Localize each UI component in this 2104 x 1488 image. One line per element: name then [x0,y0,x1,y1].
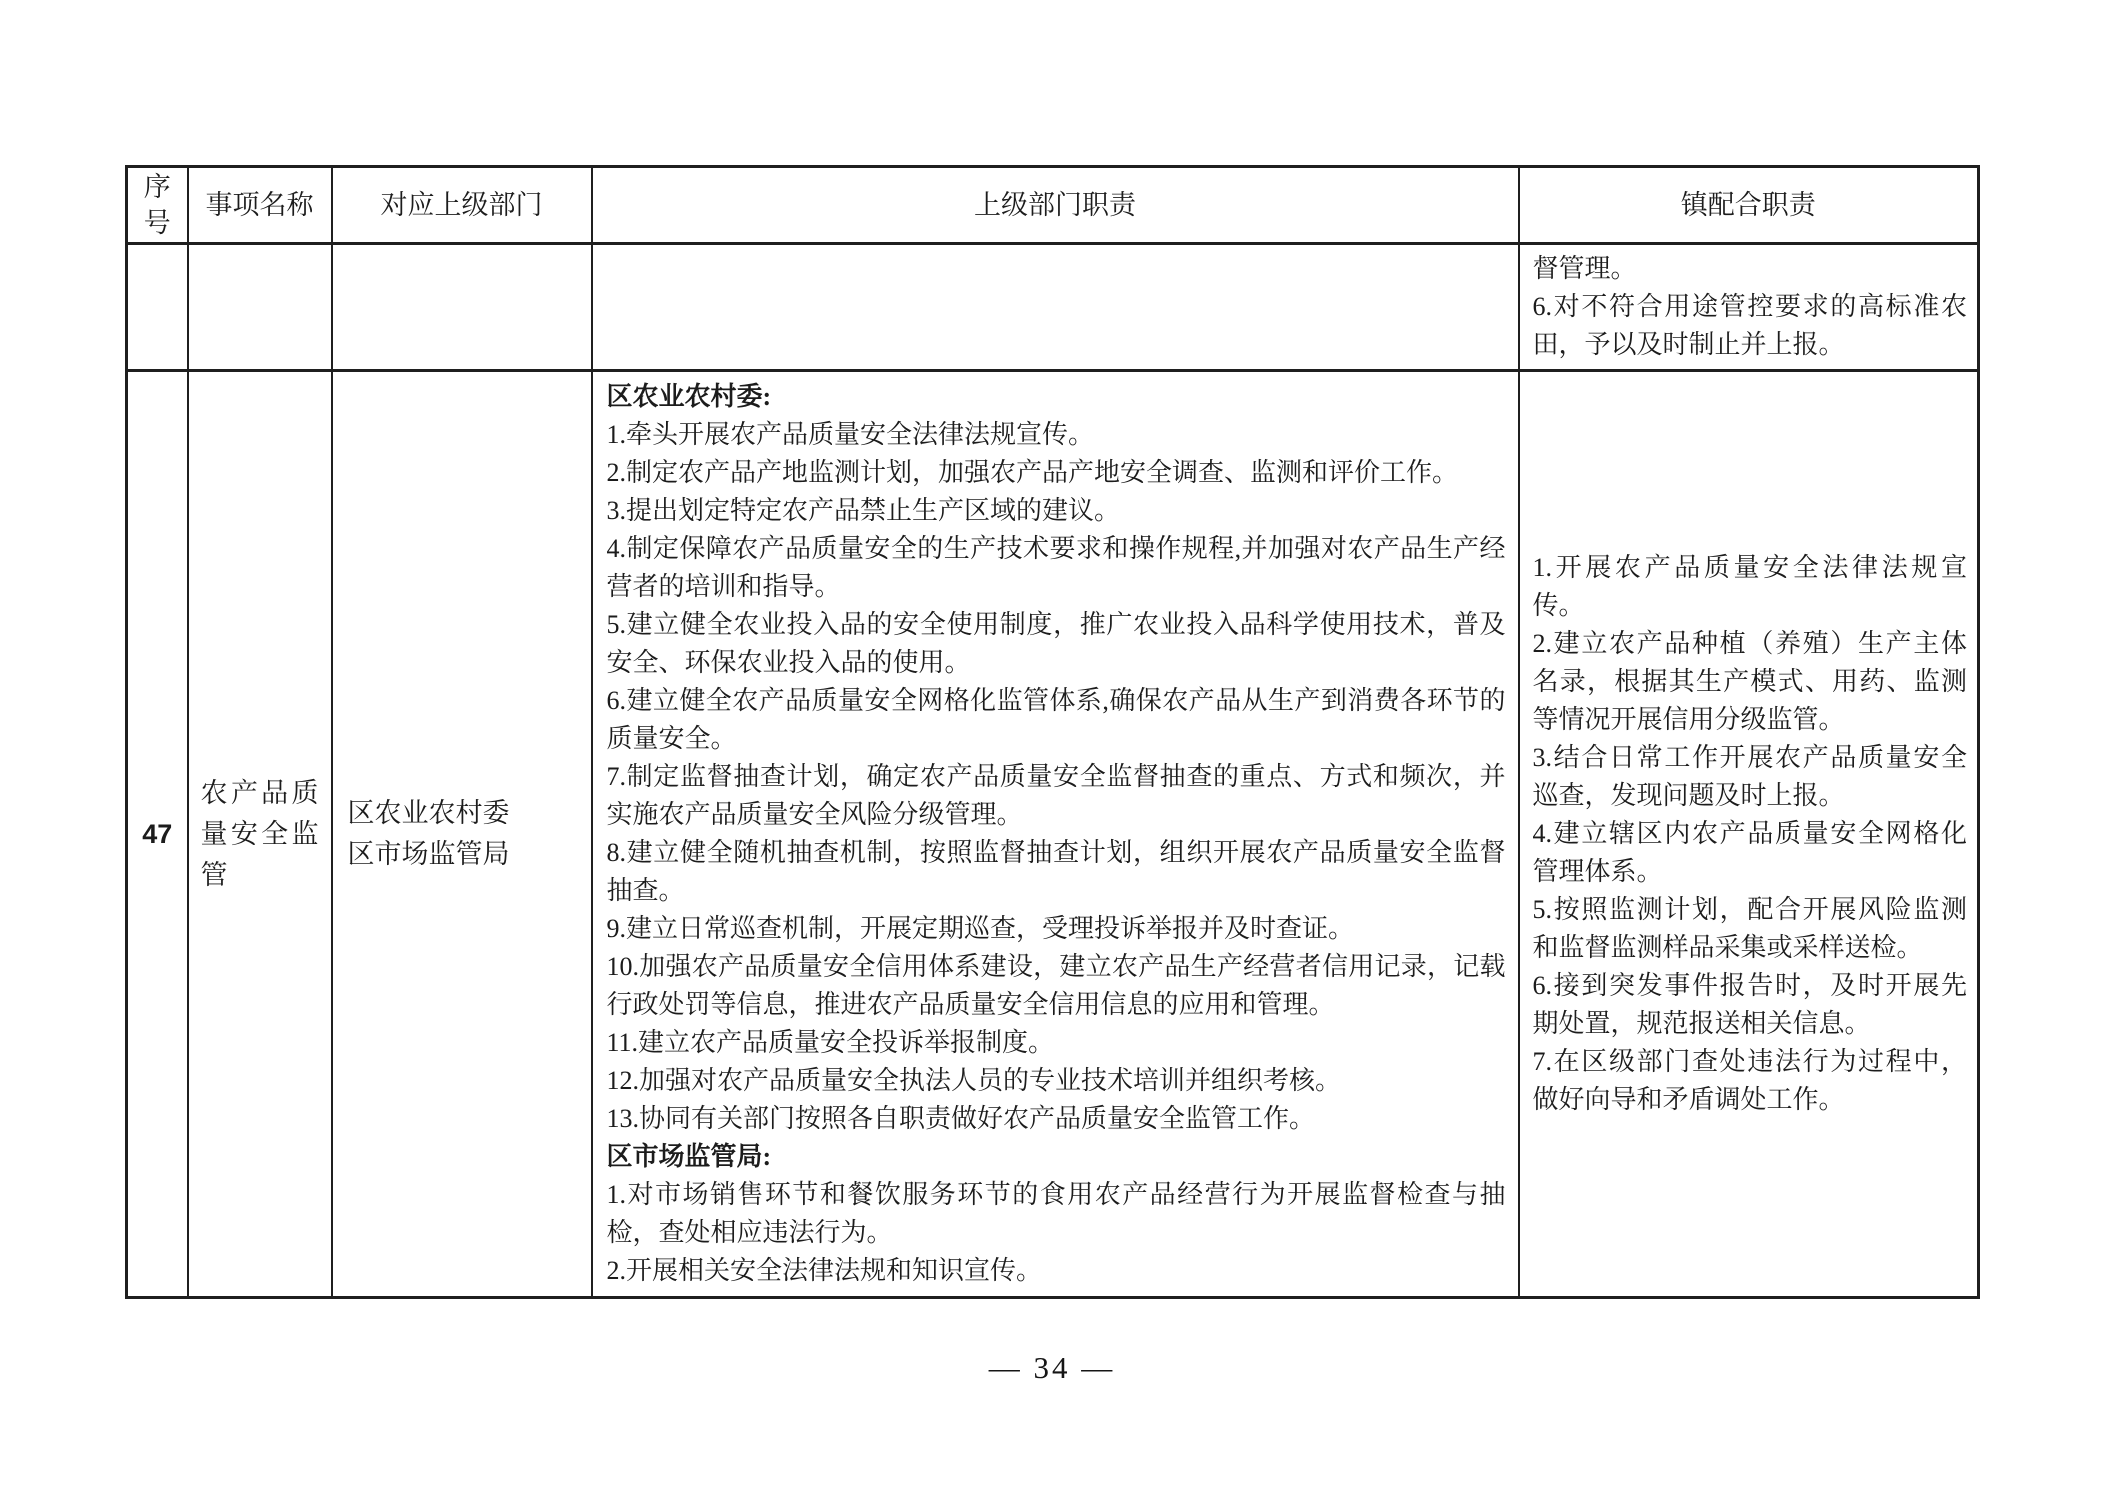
carryover-superior-duties-cell-empty [592,244,1519,371]
town-duty-line: 督管理。 [1533,250,1968,288]
duty-section-heading: 区市场监管局: [607,1138,1506,1176]
duty-item: 8.建立健全随机抽查机制，按照监督抽查计划，组织开展农产品质量安全监督抽查。 [607,834,1506,910]
duties-table: 序号 事项名称 对应上级部门 上级部门职责 镇配合职责 督管理。 6.对不符合用… [125,165,1980,1299]
document-page: 序号 事项名称 对应上级部门 上级部门职责 镇配合职责 督管理。 6.对不符合用… [0,0,2104,1488]
duty-item: 1.牵头开展农产品质量安全法律法规宣传。 [607,416,1506,454]
duty-item: 2.制定农产品产地监测计划，加强农产品产地安全调查、监测和评价工作。 [607,454,1506,492]
carryover-serial-cell-empty [127,244,188,371]
header-superior-duties: 上级部门职责 [592,167,1519,244]
town-duty-item: 6.接到突发事件报告时，及时开展先期处置，规范报送相关信息。 [1533,967,1968,1043]
duty-item: 6.建立健全农产品质量安全网格化监管体系,确保农产品从生产到消费各环节的质量安全… [607,682,1506,758]
superior-departments-cell: 区农业农村委 区市场监管局 [332,371,592,1298]
carryover-department-cell-empty [332,244,592,371]
carryover-item-name-cell-empty [188,244,332,371]
superior-duties-cell: 区农业农村委: 1.牵头开展农产品质量安全法律法规宣传。 2.制定农产品产地监测… [592,371,1519,1298]
serial-number: 47 [127,371,188,1298]
town-duty-item: 4.建立辖区内农产品质量安全网格化管理体系。 [1533,815,1968,891]
duty-item: 9.建立日常巡查机制，开展定期巡查，受理投诉举报并及时查证。 [607,910,1506,948]
header-item-name: 事项名称 [188,167,332,244]
duty-item: 13.协同有关部门按照各自职责做好农产品质量安全监管工作。 [607,1100,1506,1138]
duty-item: 4.制定保障农产品质量安全的生产技术要求和操作规程,并加强对农产品生产经营者的培… [607,530,1506,606]
carryover-row: 督管理。 6.对不符合用途管控要求的高标准农田，予以及时制止并上报。 [127,244,1979,371]
town-duty-item: 2.建立农产品种植（养殖）生产主体名录，根据其生产模式、用药、监测等情况开展信用… [1533,625,1968,739]
header-serial: 序号 [127,167,188,244]
town-duties-cell: 1.开展农产品质量安全法律法规宣传。 2.建立农产品种植（养殖）生产主体名录，根… [1519,371,1979,1298]
item-name: 农产品质量安全监管 [201,773,319,896]
town-duty-item: 1.开展农产品质量安全法律法规宣传。 [1533,549,1968,625]
header-superior-department: 对应上级部门 [332,167,592,244]
town-duty-item: 5.按照监测计划，配合开展风险监测和监督监测样品采集或采样送检。 [1533,891,1968,967]
duty-section-heading: 区农业农村委: [607,378,1506,416]
department-name: 区农业农村委 [348,793,585,834]
duty-item: 7.制定监督抽查计划，确定农产品质量安全监督抽查的重点、方式和频次，并实施农产品… [607,758,1506,834]
duty-item: 10.加强农产品质量安全信用体系建设，建立农产品生产经营者信用记录，记载行政处罚… [607,948,1506,1024]
table-row-47: 47 农产品质量安全监管 区农业农村委 区市场监管局 区农业农村委: 1.牵头开… [127,371,1979,1298]
duty-item: 5.建立健全农业投入品的安全使用制度，推广农业投入品科学使用技术，普及安全、环保… [607,606,1506,682]
header-town-duties: 镇配合职责 [1519,167,1979,244]
town-duty-item: 3.结合日常工作开展农产品质量安全巡查，发现问题及时上报。 [1533,739,1968,815]
duty-item: 3.提出划定特定农产品禁止生产区域的建议。 [607,492,1506,530]
duty-item: 1.对市场销售环节和餐饮服务环节的食用农产品经营行为开展监督检查与抽检，查处相应… [607,1176,1506,1252]
department-name: 区市场监管局 [348,834,585,875]
duty-item: 12.加强对农产品质量安全执法人员的专业技术培训并组织考核。 [607,1062,1506,1100]
carryover-town-duties-cell: 督管理。 6.对不符合用途管控要求的高标准农田，予以及时制止并上报。 [1519,244,1979,371]
page-number: — 34 — [0,1350,2104,1386]
town-duty-line: 6.对不符合用途管控要求的高标准农田，予以及时制止并上报。 [1533,288,1968,364]
town-duty-item: 7.在区级部门查处违法行为过程中，做好向导和矛盾调处工作。 [1533,1043,1968,1119]
header-serial-label: 序号 [140,169,174,241]
item-name-cell: 农产品质量安全监管 [188,371,332,1298]
duty-item: 11.建立农产品质量安全投诉举报制度。 [607,1024,1506,1062]
duty-item: 2.开展相关安全法律法规和知识宣传。 [607,1252,1506,1290]
header-row: 序号 事项名称 对应上级部门 上级部门职责 镇配合职责 [127,167,1979,244]
